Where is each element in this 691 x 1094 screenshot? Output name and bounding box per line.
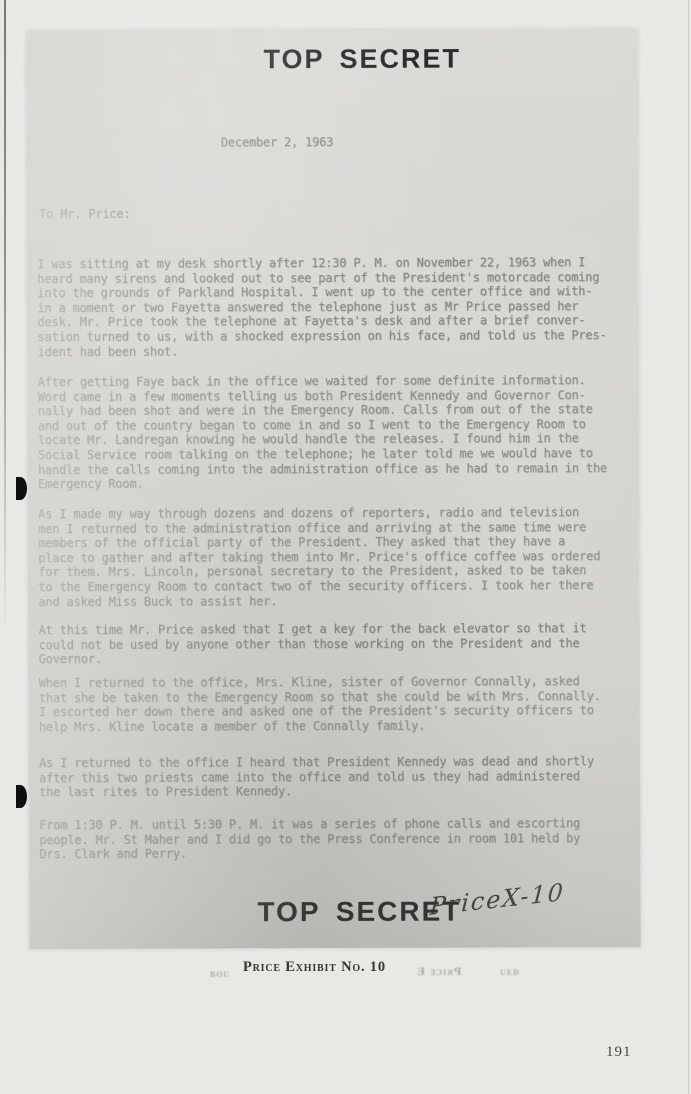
memo-paragraph-7: From 1:30 P. M. until 5:30 P. M. it was … xyxy=(39,816,580,862)
exhibit-caption: Price Exhibit No. 10 xyxy=(243,959,386,976)
page-number: 191 xyxy=(606,1044,632,1061)
bleed-through-text-mid: Price E xyxy=(416,964,461,979)
memo-document: TOP SECRET December 2, 1963 To Mr. Price… xyxy=(26,29,640,949)
memo-paragraph-4: At this time Mr. Price asked that I get … xyxy=(38,621,586,667)
memo-paragraph-3: As I made my way through dozens and doze… xyxy=(38,505,600,609)
bleed-through-text-right: ued xyxy=(500,964,520,979)
scan-edge-line xyxy=(4,0,6,640)
memo-paragraph-5: When I returned to the office, Mrs. Klin… xyxy=(39,674,601,734)
binding-mark-bottom xyxy=(16,785,27,808)
memo-salutation: To Mr. Price: xyxy=(39,207,130,222)
scan-edge-line-right xyxy=(688,0,689,1094)
handwritten-exhibit-mark: PriceX-10 xyxy=(429,878,566,921)
memo-paragraph-6: As I returned to the office I heard that… xyxy=(39,754,594,800)
binding-mark-top xyxy=(16,477,27,500)
bleed-through-text-left: bou xyxy=(210,966,230,981)
memo-date: December 2, 1963 xyxy=(221,135,333,150)
top-secret-stamp-top: TOP SECRET xyxy=(263,44,461,76)
scanned-page: TOP SECRET December 2, 1963 To Mr. Price… xyxy=(0,0,691,1094)
memo-paragraph-2: After getting Faye back in the office we… xyxy=(38,373,607,492)
memo-paragraph-1: I was sitting at my desk shortly after 1… xyxy=(37,255,606,359)
